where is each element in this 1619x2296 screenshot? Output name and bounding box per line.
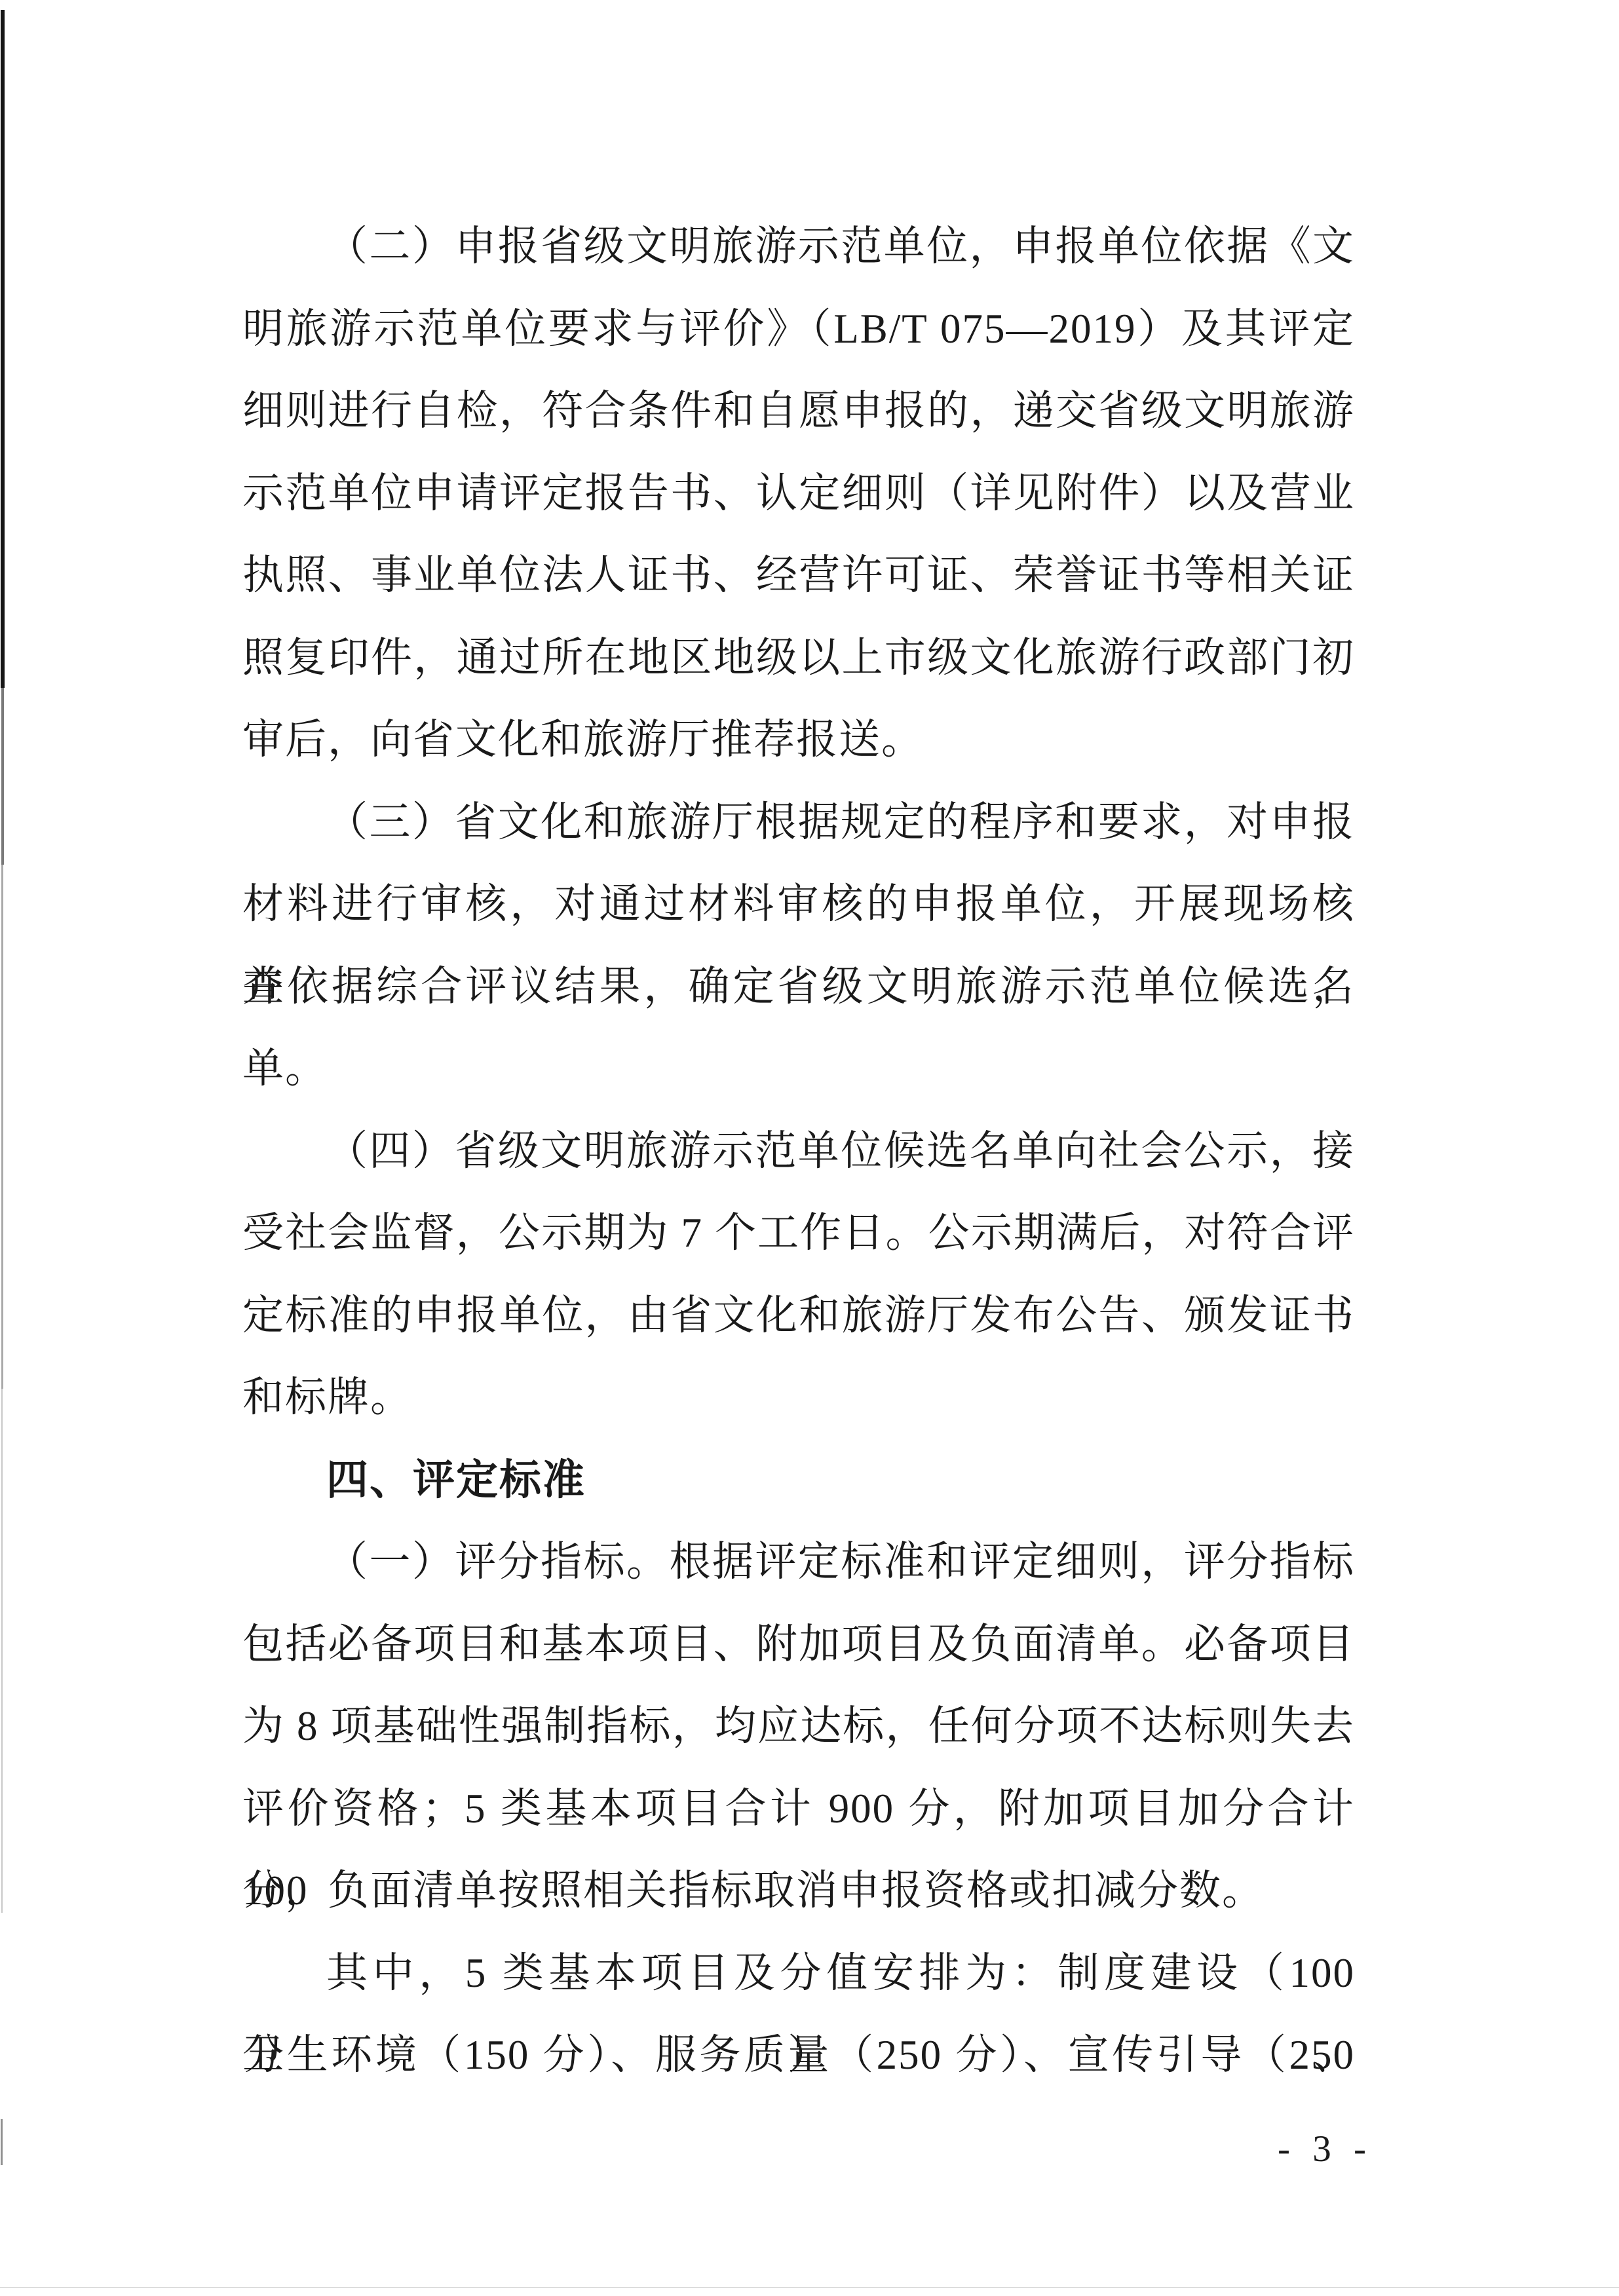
text-line: 和标牌。 (242, 1357, 1355, 1439)
scan-artifact-left-edge-gray (1, 865, 3, 1389)
text-line: 并依据综合评议结果，确定省级文明旅游示范单位候选名 (242, 946, 1355, 1028)
text-line: 细则进行自检，符合条件和自愿申报的，递交省级文明旅游 (242, 370, 1355, 453)
scan-artifact-left-edge-bottom-mark (1, 2119, 3, 2165)
text-line: 材料进行审核，对通过材料审核的申报单位，开展现场核查， (242, 863, 1355, 946)
text-line: （四）省级文明旅游示范单位候选名单向社会公示，接 (242, 1110, 1355, 1193)
page-number: - 3 - (1278, 2128, 1373, 2170)
text-line: 卫生环境（150 分）、服务质量（250 分）、宣传引导（250 (242, 2014, 1355, 2097)
text-line: 执照、事业单位法人证书、经营许可证、荣誉证书等相关证 (242, 535, 1355, 617)
text-line: 分，负面清单按照相关指标取消申报资格或扣减分数。 (242, 1850, 1355, 1932)
scan-artifact-left-edge-dark-gray (1, 688, 4, 865)
scanned-document-page: （二）申报省级文明旅游示范单位，申报单位依据《文明旅游示范单位要求与评价》（LB… (0, 0, 1619, 2296)
text-line: （三）省文化和旅游厅根据规定的程序和要求，对申报 (242, 781, 1355, 864)
text-line: （一）评分指标。根据评定标准和评定细则，评分指标 (242, 1521, 1355, 1604)
text-line: 定标准的申报单位，由省文化和旅游厅发布公告、颁发证书 (242, 1275, 1355, 1357)
scan-artifact-bottom-edge-shadow (0, 2287, 1619, 2288)
text-line: 包括必备项目和基本项目、附加项目及负面清单。必备项目 (242, 1604, 1355, 1686)
text-line: 评价资格；5 类基本项目合计 900 分，附加项目加分合计 100 (242, 1768, 1355, 1851)
text-line: 单。 (242, 1028, 1355, 1110)
text-line: 为 8 项基础性强制指标，均应达标，任何分项不达标则失去 (242, 1685, 1355, 1768)
text-line: 照复印件，通过所在地区地级以上市级文化旅游行政部门初 (242, 617, 1355, 700)
text-line: （二）申报省级文明旅游示范单位，申报单位依据《文 (242, 206, 1355, 288)
document-text-block: （二）申报省级文明旅游示范单位，申报单位依据《文明旅游示范单位要求与评价》（LB… (242, 206, 1355, 2097)
text-line: 受社会监督，公示期为 7 个工作日。公示期满后，对符合评 (242, 1192, 1355, 1275)
text-line: 其中，5 类基本项目及分值安排为：制度建设（100 分）、 (242, 1932, 1355, 2015)
section-heading: 四、评定标准 (242, 1439, 1355, 1522)
scan-artifact-left-edge-black (1, 10, 5, 688)
text-line: 审后，向省文化和旅游厅推荐报送。 (242, 699, 1355, 781)
text-line: 示范单位申请评定报告书、认定细则（详见附件）以及营业 (242, 453, 1355, 535)
scan-artifact-left-edge-faint (1, 1389, 3, 1913)
text-line: 明旅游示范单位要求与评价》（LB/T 075—2019）及其评定 (242, 288, 1355, 371)
